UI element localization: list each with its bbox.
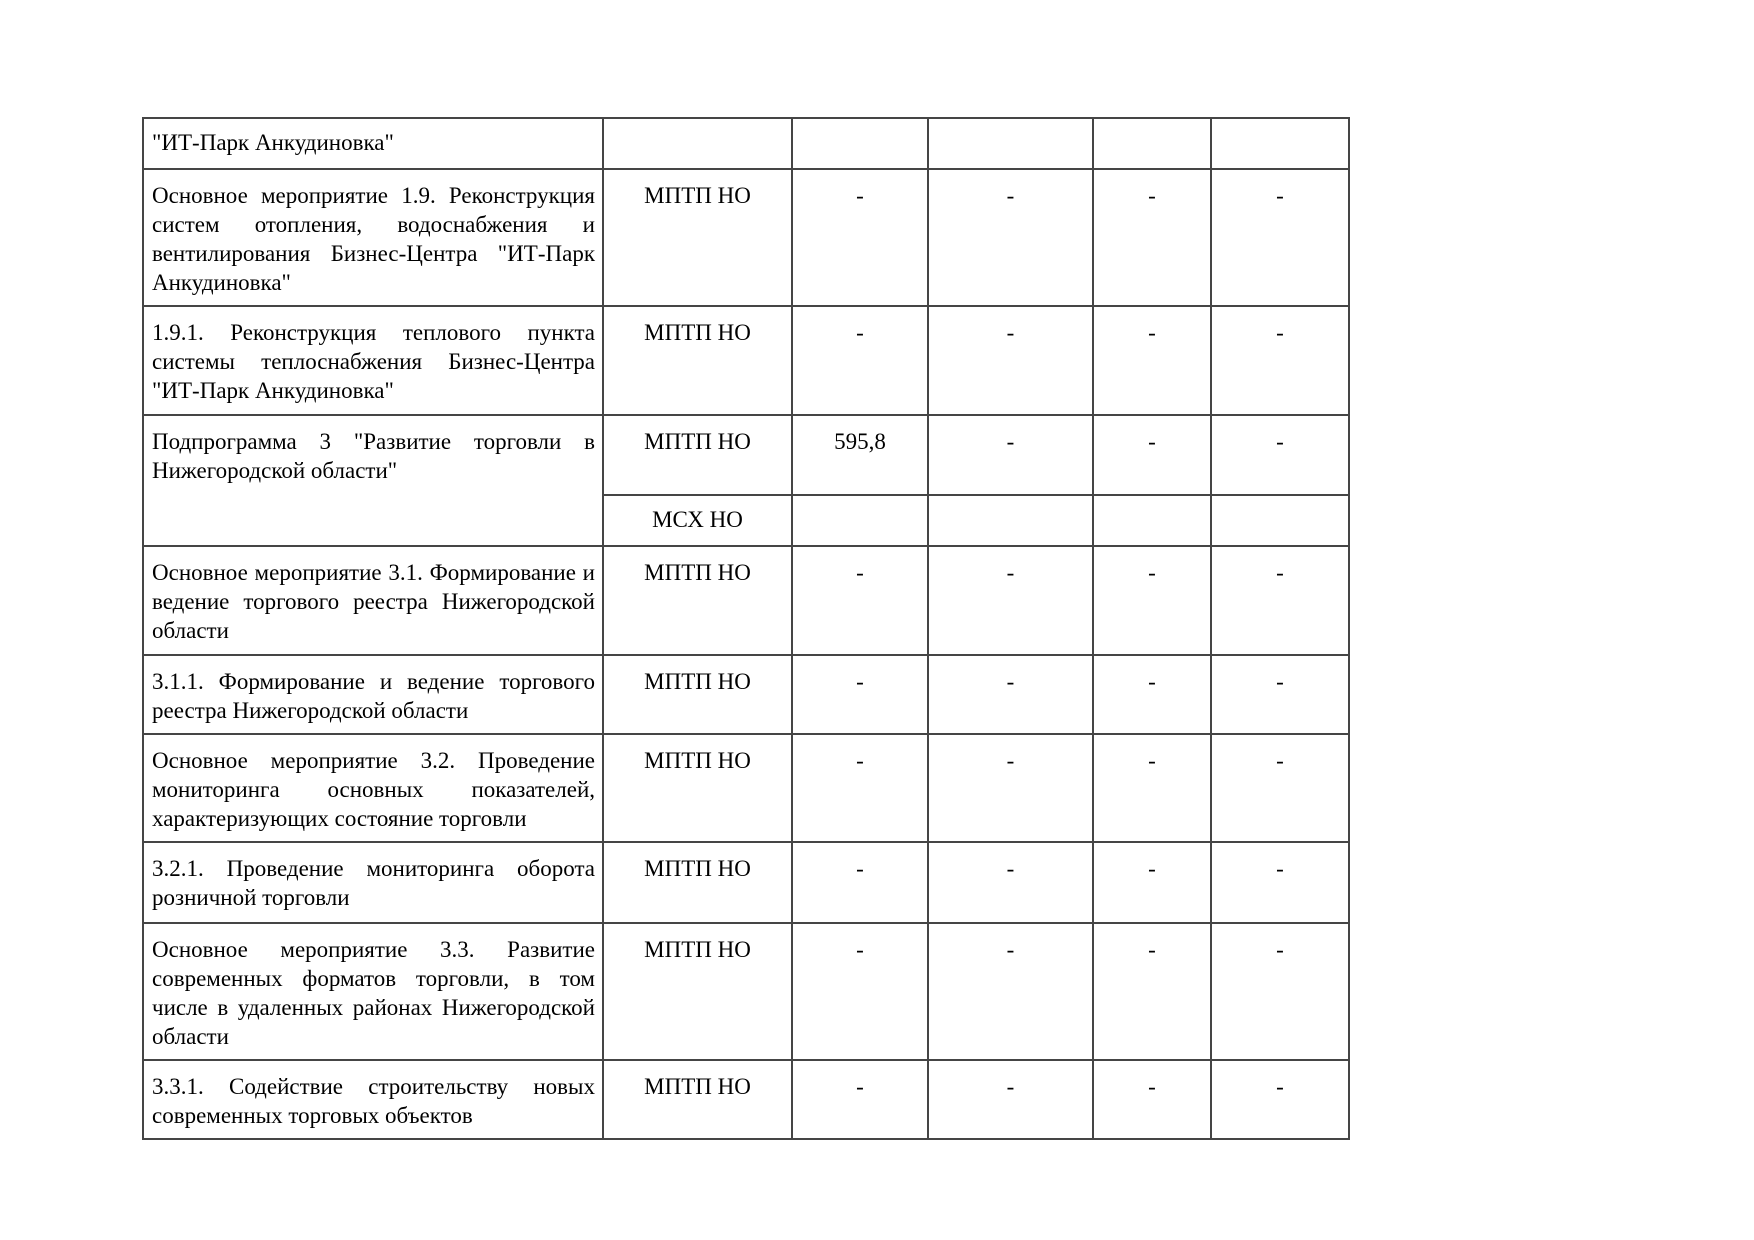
row-description: Основное мероприятие 3.1. Формирование и… bbox=[143, 546, 603, 655]
row-sub-value-1 bbox=[792, 495, 928, 546]
row-description: 3.2.1. Проведение мониторинга оборота ро… bbox=[143, 842, 603, 923]
row-value-4: - bbox=[1211, 923, 1349, 1060]
row-value-2: - bbox=[928, 842, 1093, 923]
row-value-1: - bbox=[792, 169, 928, 306]
row-executor bbox=[603, 118, 792, 169]
row-value-2: - bbox=[928, 923, 1093, 1060]
row-value-4: - bbox=[1211, 1060, 1349, 1139]
row-value-4: - bbox=[1211, 415, 1349, 495]
row-value-3: - bbox=[1093, 306, 1211, 415]
row-value-1: - bbox=[792, 655, 928, 734]
row-description: "ИТ-Парк Анкудиновка" bbox=[143, 118, 603, 169]
row-executor: МПТП НО bbox=[603, 923, 792, 1060]
row-value-4: - bbox=[1211, 734, 1349, 842]
table-row: Основное мероприятие 3.2. Проведение мон… bbox=[143, 734, 1349, 842]
row-description: Подпрограмма 3 "Развитие торговли в Ниже… bbox=[143, 415, 603, 546]
row-executor: МПТП НО bbox=[603, 1060, 792, 1139]
row-value-1: - bbox=[792, 923, 928, 1060]
row-value-1: - bbox=[792, 306, 928, 415]
row-value-3: - bbox=[1093, 923, 1211, 1060]
row-value-1: - bbox=[792, 734, 928, 842]
row-value-2: - bbox=[928, 306, 1093, 415]
row-value-1: 595,8 bbox=[792, 415, 928, 495]
program-funding-table: "ИТ-Парк Анкудиновка" Основное мероприят… bbox=[142, 117, 1350, 1140]
row-executor: МПТП НО bbox=[603, 306, 792, 415]
table-row: Подпрограмма 3 "Развитие торговли в Ниже… bbox=[143, 415, 1349, 495]
row-value-3: - bbox=[1093, 169, 1211, 306]
row-value-2: - bbox=[928, 655, 1093, 734]
row-value-3: - bbox=[1093, 415, 1211, 495]
row-value-3: - bbox=[1093, 1060, 1211, 1139]
row-description: Основное мероприятие 3.3. Развитие совре… bbox=[143, 923, 603, 1060]
row-description: Основное мероприятие 1.9. Реконструкция … bbox=[143, 169, 603, 306]
row-value-3: - bbox=[1093, 734, 1211, 842]
row-value-2: - bbox=[928, 734, 1093, 842]
row-value-2: - bbox=[928, 415, 1093, 495]
row-description: 3.1.1. Формирование и ведение торгового … bbox=[143, 655, 603, 734]
row-value-1 bbox=[792, 118, 928, 169]
row-value-3 bbox=[1093, 118, 1211, 169]
row-sub-value-2 bbox=[928, 495, 1093, 546]
row-value-1: - bbox=[792, 546, 928, 655]
row-executor: МПТП НО bbox=[603, 546, 792, 655]
row-value-4 bbox=[1211, 118, 1349, 169]
row-executor: МПТП НО bbox=[603, 842, 792, 923]
row-value-4: - bbox=[1211, 169, 1349, 306]
row-value-2: - bbox=[928, 169, 1093, 306]
row-value-2: - bbox=[928, 546, 1093, 655]
row-sub-value-3 bbox=[1093, 495, 1211, 546]
row-sub-executor: МСХ НО bbox=[603, 495, 792, 546]
row-sub-value-4 bbox=[1211, 495, 1349, 546]
row-value-2 bbox=[928, 118, 1093, 169]
row-value-3: - bbox=[1093, 842, 1211, 923]
row-description: 1.9.1. Реконструкция теплового пункта си… bbox=[143, 306, 603, 415]
row-value-1: - bbox=[792, 1060, 928, 1139]
table-row: "ИТ-Парк Анкудиновка" bbox=[143, 118, 1349, 169]
row-value-4: - bbox=[1211, 306, 1349, 415]
row-value-4: - bbox=[1211, 842, 1349, 923]
table-row: 1.9.1. Реконструкция теплового пункта си… bbox=[143, 306, 1349, 415]
row-description: Основное мероприятие 3.2. Проведение мон… bbox=[143, 734, 603, 842]
table-row: 3.3.1. Содействие строительству новых со… bbox=[143, 1060, 1349, 1139]
row-executor: МПТП НО bbox=[603, 169, 792, 306]
row-value-1: - bbox=[792, 842, 928, 923]
row-value-3: - bbox=[1093, 546, 1211, 655]
row-executor: МПТП НО bbox=[603, 655, 792, 734]
table-row: Основное мероприятие 1.9. Реконструкция … bbox=[143, 169, 1349, 306]
table-row: Основное мероприятие 3.1. Формирование и… bbox=[143, 546, 1349, 655]
row-value-4: - bbox=[1211, 546, 1349, 655]
row-value-2: - bbox=[928, 1060, 1093, 1139]
row-executor: МПТП НО bbox=[603, 734, 792, 842]
table-row: 3.1.1. Формирование и ведение торгового … bbox=[143, 655, 1349, 734]
table-row: 3.2.1. Проведение мониторинга оборота ро… bbox=[143, 842, 1349, 923]
row-value-3: - bbox=[1093, 655, 1211, 734]
row-executor: МПТП НО bbox=[603, 415, 792, 495]
table-row: Основное мероприятие 3.3. Развитие совре… bbox=[143, 923, 1349, 1060]
row-description: 3.3.1. Содействие строительству новых со… bbox=[143, 1060, 603, 1139]
row-value-4: - bbox=[1211, 655, 1349, 734]
